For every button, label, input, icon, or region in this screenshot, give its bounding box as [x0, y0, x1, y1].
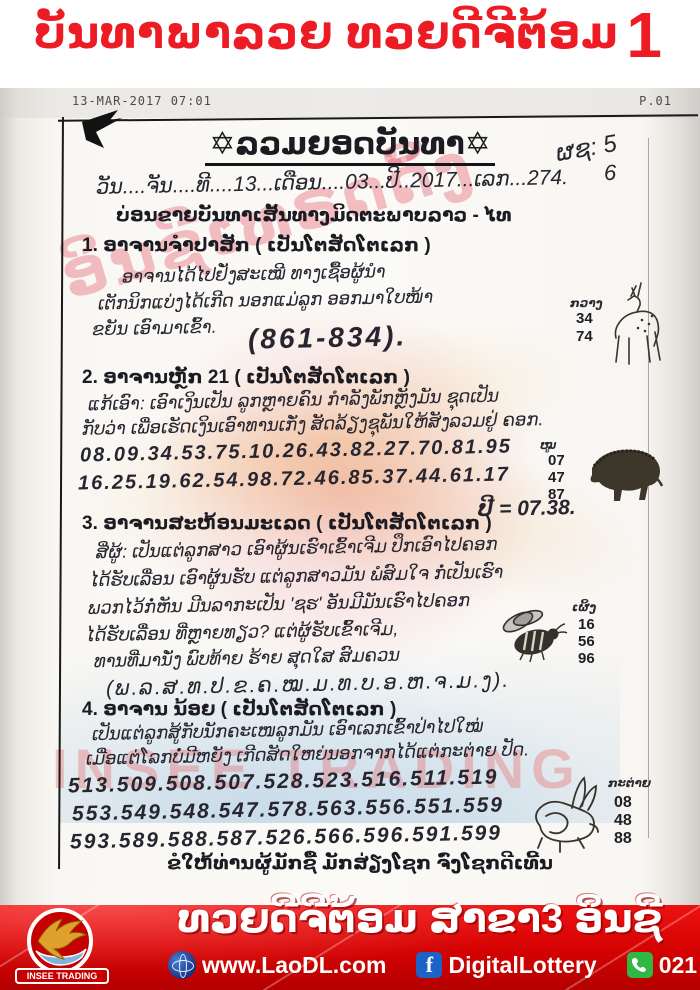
section-1-highlight-numbers: (861-834).	[248, 320, 408, 355]
phone-text: 021 417 500	[659, 952, 700, 979]
contact-row: www.LaoDL.com f DigitalLottery 021 417 5…	[168, 951, 700, 979]
boar-icon	[580, 436, 665, 511]
bee-label: ເຜິ້ງ	[572, 600, 596, 614]
fax-header: 13-MAR-2017 07:01 P.01	[72, 94, 672, 108]
contact-website: www.LaoDL.com	[168, 951, 386, 979]
section-2-heading: 2. ອາຈານຫຼັກ 21 ( ເປັນໂຕສັດໂຕເລກ )	[82, 366, 410, 389]
section-2-extra: ປີ = 07.38.	[478, 495, 576, 522]
bee-number: 56	[578, 633, 595, 650]
section-1-heading: 1. ອາຈານຈຳປາສັກ ( ເປັນໂຕສັດໂຕເລກ )	[82, 234, 431, 257]
document-title-wrap: ✡ລວມຍອດບັນທາ✡	[170, 126, 530, 162]
document-title: ✡ລວມຍອດບັນທາ✡	[205, 126, 494, 166]
rabbit-label: ກະຕ່າຍ	[608, 776, 651, 790]
insee-trading-logo: INSEE TRADING	[8, 907, 120, 989]
bee-icon	[494, 606, 570, 668]
rabbit-number: 48	[614, 812, 632, 829]
scanned-document: ອິນຊີເທຣດດິ້ງ INSEE TRADING 13-MAR-2017 …	[0, 88, 700, 905]
section-1-note: ຂຍັນ ເອົາມາເຂົ້າ.	[92, 317, 217, 341]
lottery-flyer-page: ບັນທາພາລວຍ ທວຍດີຈີຕ້ອມ 1 ອິນຊີເທຣດດິ້ງ I…	[0, 0, 700, 990]
pig-number: 47	[548, 469, 565, 486]
page-number: 1	[626, 0, 662, 72]
rabbit-number: 88	[614, 830, 632, 847]
fax-page-number: P.01	[639, 94, 672, 108]
footer-headline: ທວຍດີຈີຕ້ອມ ສາຂາ3 ອິນຊີ	[150, 896, 690, 942]
footer-banner: ທວຍດີຈີຕ້ອມ ສາຂາ3 ອິນຊີ INSEE TRADING ww…	[0, 905, 700, 990]
globe-icon	[168, 951, 196, 979]
section-4-heading: 4. ອາຈານ ນ້ອຍ ( ເປັນໂຕສັດໂຕເລກ )	[82, 698, 396, 721]
deer-number: 34	[576, 310, 593, 327]
closing-blessing: ຂໍໃຫ້ທ່ານຜູ້ມັກຊື້ ມັກສ່ຽງໂຊກ ຈົ່ງໂຊກດີເ…	[150, 852, 570, 875]
section-4-number-row: 593.589.588.587.526.566.596.591.599	[70, 821, 502, 854]
document-subtitle: ບ່ອນຂາຍບັນທາເສັ້ນທາງມິດຕະພາບລາວ - ໄທ	[116, 204, 512, 227]
phone-icon	[627, 952, 653, 978]
contact-phone: 021 417 500	[627, 952, 700, 979]
facebook-icon: f	[416, 952, 442, 978]
deer-icon	[596, 274, 668, 370]
deer-number: 74	[576, 328, 593, 345]
page-title: ບັນທາພາລວຍ ທວຍດີຈີຕ້ອມ	[34, 8, 619, 59]
logo-text: INSEE TRADING	[27, 971, 98, 981]
rabbit-icon	[520, 774, 610, 854]
section-3-heading: 3. ອາຈານສະຫ້ອນມະເລດ ( ເປັນໂຕສັດໂຕເລກ )	[82, 512, 492, 535]
rabbit-number: 08	[614, 794, 632, 811]
contact-facebook: f DigitalLottery	[416, 952, 596, 979]
top-banner: ບັນທາພາລວຍ ທວຍດີຈີຕ້ອມ 1	[0, 0, 700, 88]
date-line: ວັນ....ຈັນ....ທີ....13...ເດືອນ....03...ປ…	[96, 165, 568, 200]
pig-number: 07	[548, 452, 565, 469]
bee-number: 16	[578, 616, 595, 633]
bee-number: 96	[578, 650, 595, 667]
website-text: www.LaoDL.com	[202, 952, 386, 979]
pig-label: ໝູ	[540, 438, 556, 452]
corner-note-2: 6	[604, 160, 617, 186]
ink-blot	[78, 106, 126, 152]
facebook-text: DigitalLottery	[448, 952, 596, 979]
